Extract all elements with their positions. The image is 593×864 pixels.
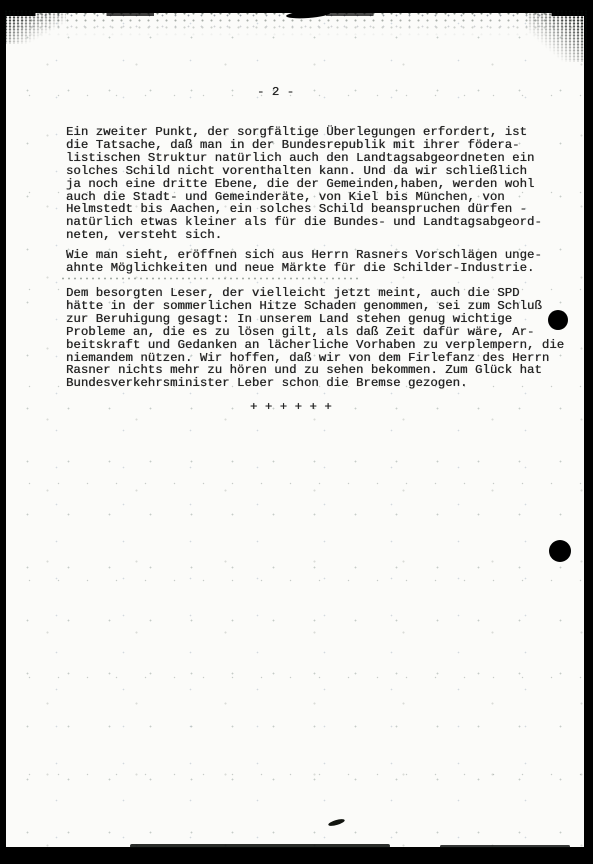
punch-hole-bottom [549,540,571,562]
scan-edge-bottom [0,847,593,864]
paragraph: Ein zweiter Punkt, der sorgfältige Überl… [66,126,542,242]
scan-smear [60,277,360,280]
paragraph: Dem besorgten Leser, der vielleicht jetz… [66,287,564,390]
page-number: - 2 - [257,86,294,99]
punch-hole-top [548,310,568,330]
paragraph: Wie man sieht, eröffnen sich aus Herrn R… [66,249,542,275]
scanned-document-page: - 2 - Ein zweiter Punkt, der sorgfältige… [0,0,593,864]
scan-smudge [328,818,346,827]
end-of-text-separator: + + + + + + [250,401,332,414]
scan-corner-noise-right [528,10,588,62]
scan-edge-left [0,0,6,864]
scan-edge-top [0,0,593,13]
scan-edge-right [584,0,593,864]
